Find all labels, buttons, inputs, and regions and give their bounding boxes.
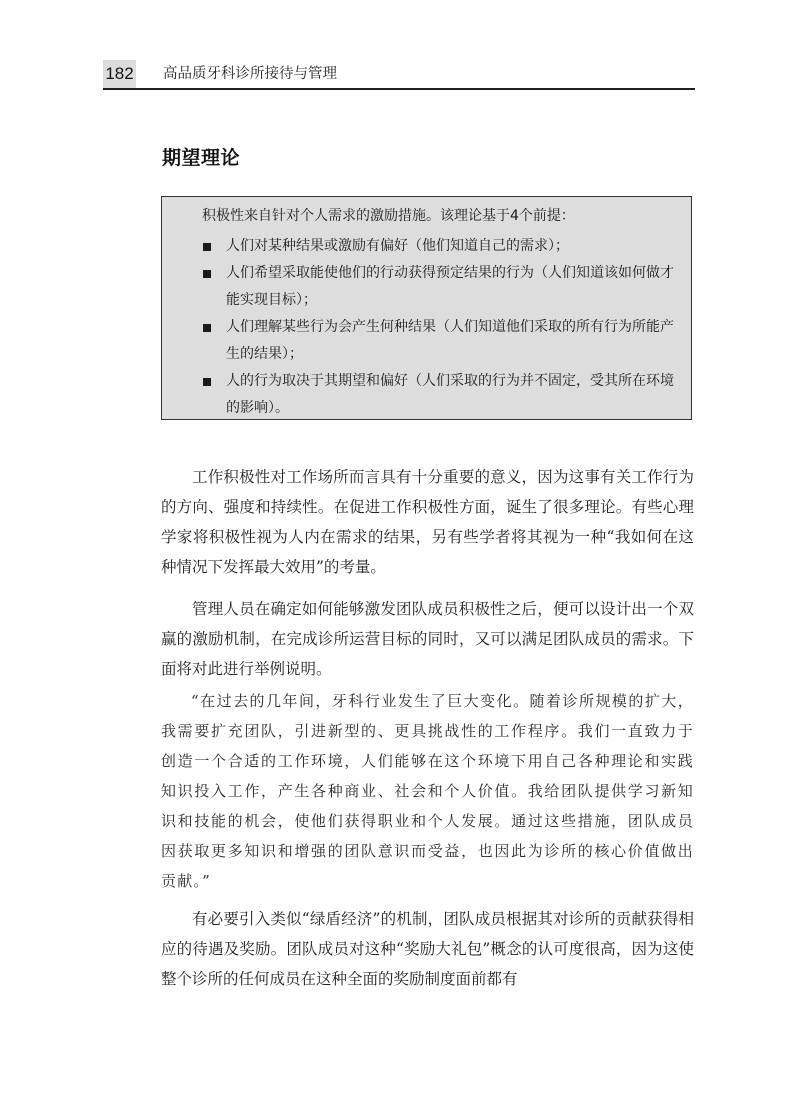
section-title: 期望理论 [162, 143, 240, 170]
premise-text: 人们希望采取能使他们的行动获得预定结果的行为（人们知道该如何做才能实现目标）； [226, 265, 674, 308]
body-paragraph: 管理人员在确定如何能够激发团队成员积极性之后，便可以设计出一个双赢的激励机制，在… [161, 594, 694, 684]
premises-box: 积极性来自针对个人需求的激励措施。该理论基于4个前提： 人们对某种结果或激励有偏… [161, 196, 692, 420]
square-bullet-icon [203, 243, 211, 251]
premise-item: 人们对某种结果或激励有偏好（他们知道自己的需求）； [202, 233, 684, 260]
running-title: 高品质牙科诊所接待与管理 [163, 60, 337, 88]
body-paragraph: 有必要引入类似“绿盾经济”的机制，团队成员根据其对诊所的贡献获得相应的待遇及奖励… [161, 904, 694, 994]
body-paragraph: 工作积极性对工作场所而言具有十分重要的意义，因为这事有关工作行为的方向、强度和持… [161, 462, 694, 582]
quote-paragraph: “在过去的几年间，牙科行业发生了巨大变化。随着诊所规模的扩大，我需要扩充团队，引… [161, 686, 694, 896]
premise-item: 人们希望采取能使他们的行动获得预定结果的行为（人们知道该如何做才能实现目标）； [202, 260, 684, 314]
premise-text: 人的行为取决于其期望和偏好（人们采取的行为并不固定，受其所在环境的影响）。 [226, 373, 674, 416]
box-intro: 积极性来自针对个人需求的激励措施。该理论基于4个前提： [202, 205, 575, 227]
premises-list: 人们对某种结果或激励有偏好（他们知道自己的需求）； 人们希望采取能使他们的行动获… [202, 233, 684, 422]
premise-item: 人们理解某些行为会产生何种结果（人们知道他们采取的所有行为所能产生的结果）； [202, 314, 684, 368]
premise-item: 人的行为取决于其期望和偏好（人们采取的行为并不固定，受其所在环境的影响）。 [202, 368, 684, 422]
page-header: 182 高品质牙科诊所接待与管理 [103, 60, 695, 90]
premise-text: 人们对某种结果或激励有偏好（他们知道自己的需求）； [226, 238, 569, 254]
page-number: 182 [103, 60, 136, 88]
square-bullet-icon [203, 324, 211, 332]
square-bullet-icon [203, 378, 211, 386]
square-bullet-icon [203, 270, 211, 278]
premise-text: 人们理解某些行为会产生何种结果（人们知道他们采取的所有行为所能产生的结果）； [226, 319, 674, 362]
